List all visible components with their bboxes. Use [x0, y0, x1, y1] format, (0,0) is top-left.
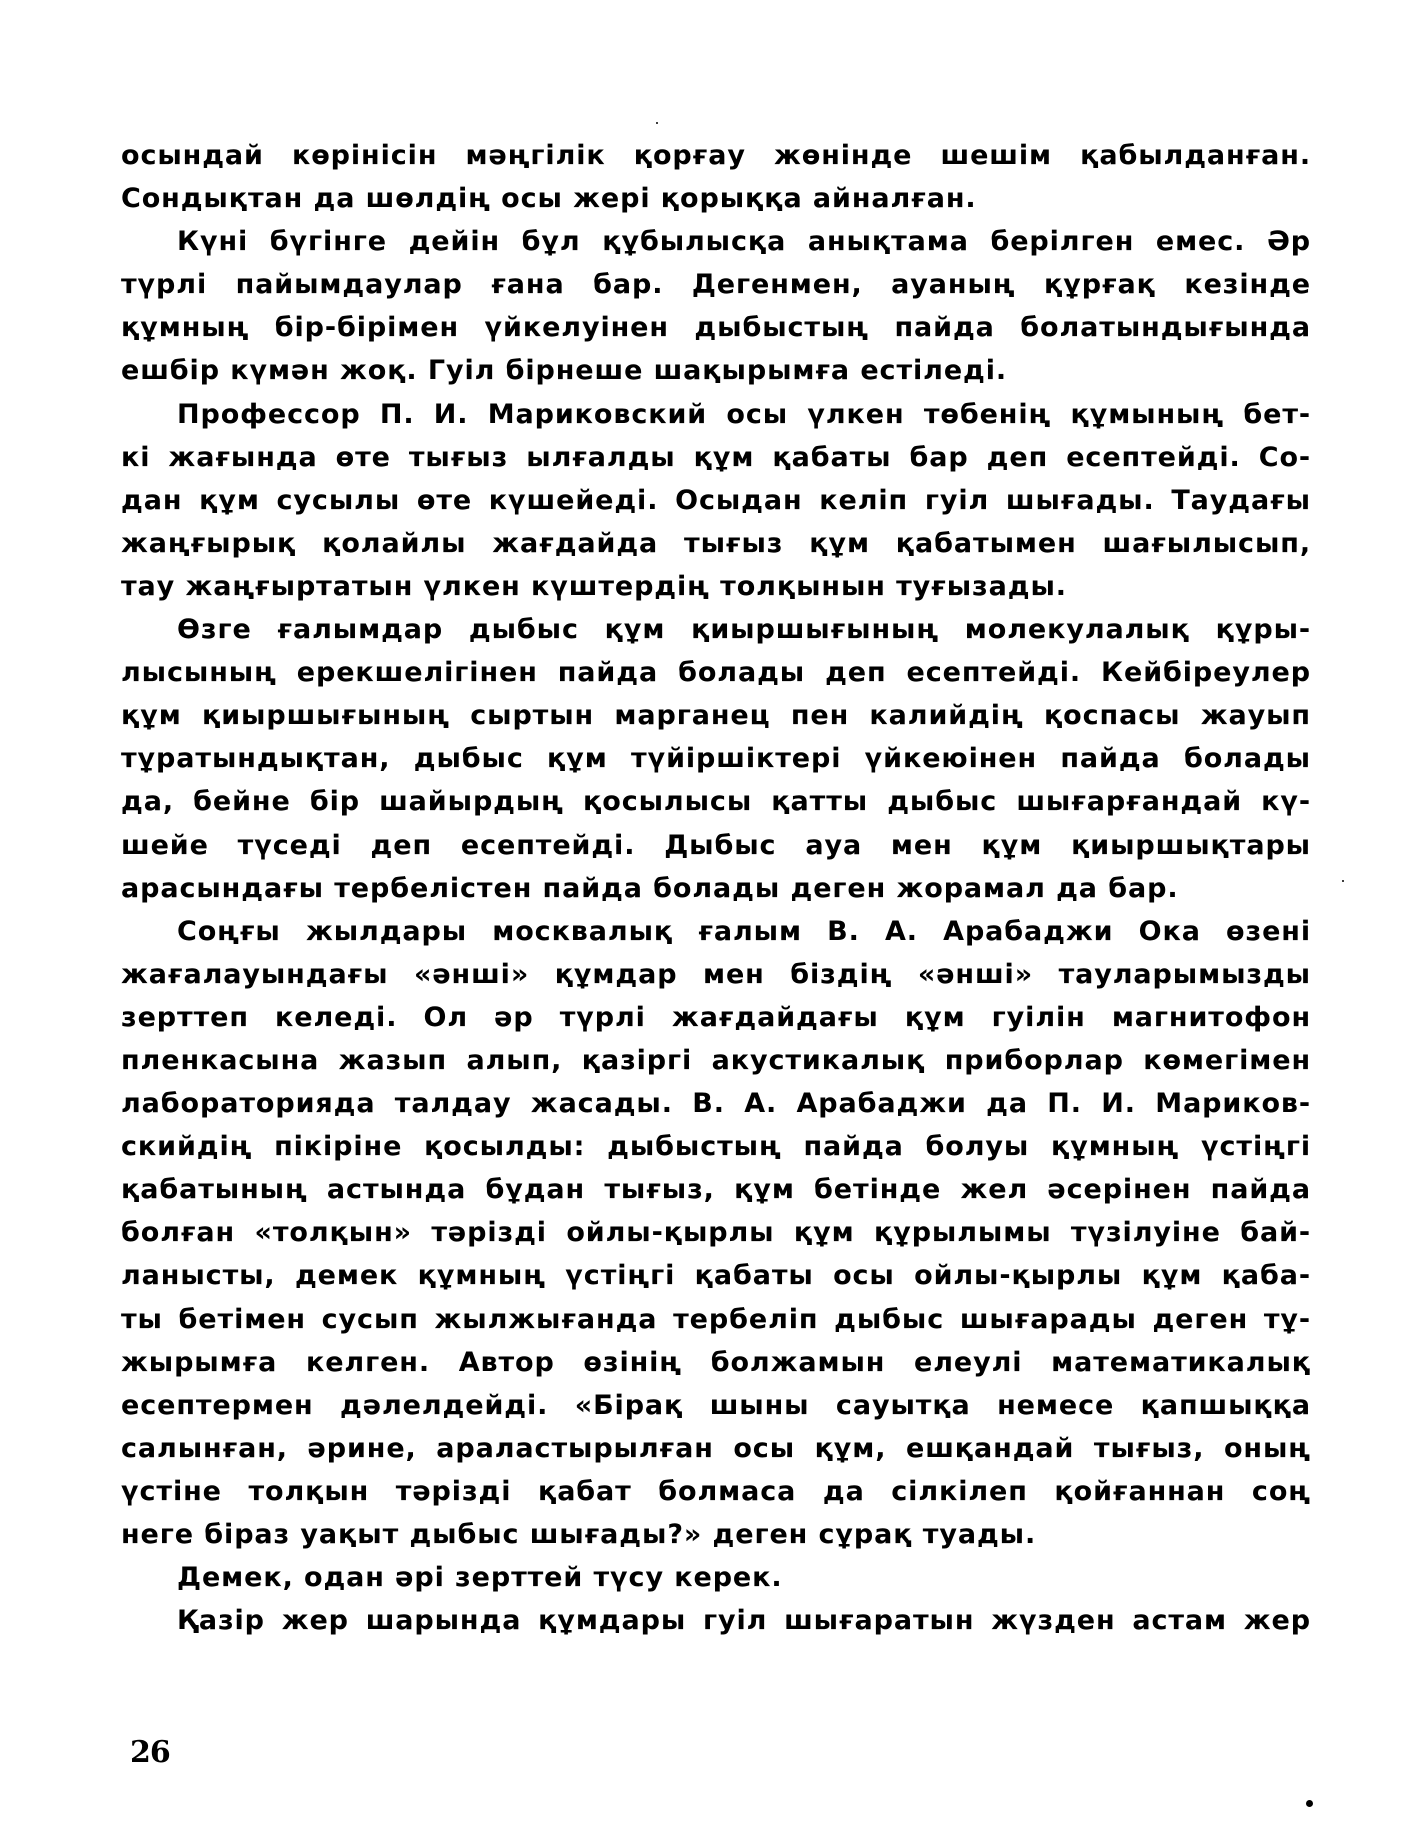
text-line: лысының ерекшелігінен пайда болады деп е…: [121, 651, 1311, 694]
text-line: түрлі пайымдаулар ғана бар. Дегенмен, ау…: [121, 263, 1311, 306]
text-line: неге біраз уақыт дыбыс шығады?» деген сұ…: [121, 1513, 1311, 1556]
paragraph: осындай көрінісін мәңгілік қорғау жөнінд…: [121, 134, 1311, 220]
text-line: салынған, әрине, араластырылған осы құм,…: [121, 1427, 1311, 1470]
text-line: шейе түседі деп есептейді. Дыбыс ауа мен…: [121, 824, 1311, 867]
text-line: құмның бір-бірімен үйкелуінен дыбыстың п…: [121, 306, 1311, 349]
text-line: Сондықтан да шөлдің осы жері қорыққа айн…: [121, 177, 1311, 220]
page-number: 26: [130, 1735, 170, 1770]
scan-speck: [656, 122, 658, 124]
text-line: да, бейне бір шайырдың қосылысы қатты ды…: [121, 780, 1311, 823]
text-line: осындай көрінісін мәңгілік қорғау жөнінд…: [121, 134, 1311, 177]
text-line: жаңғырық қолайлы жағдайда тығыз құм қаба…: [121, 522, 1311, 565]
paragraph: Профессор П. И. Мариковский осы үлкен тө…: [121, 393, 1311, 608]
scan-speck: [1342, 880, 1344, 882]
text-line: тау жаңғыртатын үлкен күштердің толқынын…: [121, 565, 1311, 608]
body-text: осындай көрінісін мәңгілік қорғау жөнінд…: [121, 134, 1311, 1642]
paragraph: Қазір жер шарында құмдары гуіл шығаратын…: [121, 1599, 1311, 1642]
text-line: кі жағында өте тығыз ылғалды құм қабаты …: [121, 436, 1311, 479]
text-line: арасындағы тербелістен пайда болады деге…: [121, 867, 1311, 910]
paragraph: Демек, одан әрі зерттей түсу керек.: [121, 1556, 1311, 1599]
text-line: дан құм сусылы өте күшейеді. Осыдан келі…: [121, 479, 1311, 522]
text-line: лабораторияда талдау жасады. В. А. Араба…: [121, 1082, 1311, 1125]
text-line: Профессор П. И. Мариковский осы үлкен тө…: [121, 393, 1311, 436]
paragraph: Өзге ғалымдар дыбыс құм қиыршығының моле…: [121, 608, 1311, 910]
text-line: қабатының астында бұдан тығыз, құм бетін…: [121, 1168, 1311, 1211]
text-line: скийдің пікіріне қосылды: дыбыстың пайда…: [121, 1125, 1311, 1168]
text-line: ланысты, демек құмның үстіңгі қабаты осы…: [121, 1254, 1311, 1297]
book-page: осындай көрінісін мәңгілік қорғау жөнінд…: [0, 0, 1421, 1833]
text-line: Қазір жер шарында құмдары гуіл шығаратын…: [121, 1599, 1311, 1642]
scan-speck: [1306, 1800, 1313, 1807]
text-line: жағалауындағы «әнші» құмдар мен біздің «…: [121, 953, 1311, 996]
text-line: есептермен дәлелдейді. «Бірақ шыны сауыт…: [121, 1384, 1311, 1427]
text-line: Соңғы жылдары москвалық ғалым В. А. Араб…: [121, 910, 1311, 953]
text-line: пленкасына жазып алып, қазіргі акустикал…: [121, 1039, 1311, 1082]
text-line: құм қиыршығының сыртын марганец пен кали…: [121, 694, 1311, 737]
text-line: жырымға келген. Автор өзінің болжамын ел…: [121, 1341, 1311, 1384]
text-line: ты бетімен сусып жылжығанда тербеліп дыб…: [121, 1298, 1311, 1341]
paragraph: Күні бүгінге дейін бұл құбылысқа анықтам…: [121, 220, 1311, 392]
text-line: болған «толқын» тәрізді ойлы-қырлы құм қ…: [121, 1211, 1311, 1254]
text-line: Күні бүгінге дейін бұл құбылысқа анықтам…: [121, 220, 1311, 263]
text-line: Демек, одан әрі зерттей түсу керек.: [121, 1556, 1311, 1599]
paragraph: Соңғы жылдары москвалық ғалым В. А. Араб…: [121, 910, 1311, 1556]
text-line: үстіне толқын тәрізді қабат болмаса да с…: [121, 1470, 1311, 1513]
text-line: зерттеп келеді. Ол әр түрлі жағдайдағы қ…: [121, 996, 1311, 1039]
text-line: Өзге ғалымдар дыбыс құм қиыршығының моле…: [121, 608, 1311, 651]
text-line: ешбір күмән жоқ. Гуіл бірнеше шақырымға …: [121, 349, 1311, 392]
text-line: тұратындықтан, дыбыс құм түйіршіктері үй…: [121, 737, 1311, 780]
